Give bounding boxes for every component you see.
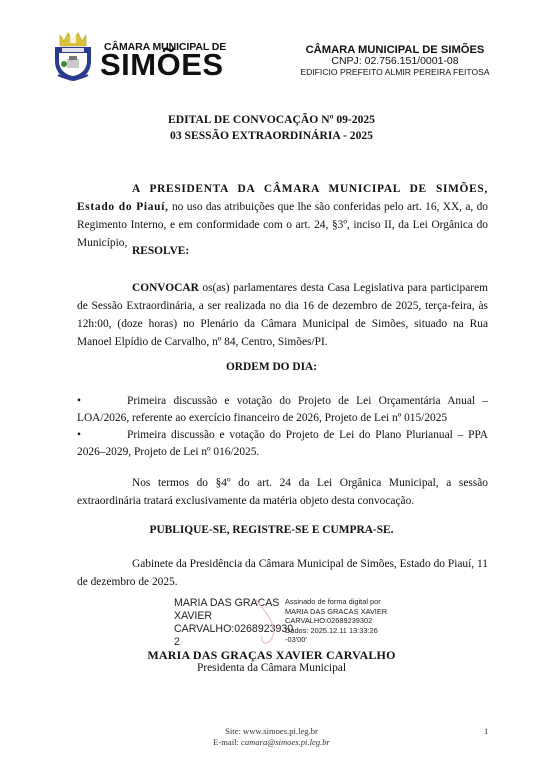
terms-paragraph: Nos termos do §4º do art. 24 da Lei Orgâ… [77,474,488,510]
agenda-list: •Primeira discussão e votação do Projeto… [77,393,488,461]
signature-detail-line: Assinado de forma digital por [285,597,387,607]
agenda-item-text: Primeira discussão e votação do Projeto … [77,429,488,458]
signer-name: MARIA DAS GRAÇAS XAVIER CARVALHO [0,648,543,663]
signature-details: Assinado de forma digital por MARIA DAS … [285,597,387,645]
page-footer: Site: www.simoes.pi.leg.br E-mail: camar… [0,726,543,748]
site-label: Site: [225,726,243,736]
org-info: CÂMARA MUNICIPAL DE SIMÕES CNPJ: 02.756.… [295,45,495,78]
signature-detail-line: -03'00' [285,635,387,645]
signer-role: Presidenta da Câmara Municipal [0,662,543,674]
document-subtitle: 03 SESSÃO EXTRAORDINÁRIA - 2025 [0,129,543,142]
resolve-heading: RESOLVE: [132,245,189,257]
place-date-paragraph: Gabinete da Presidência da Câmara Munici… [77,555,488,591]
crest-logo-icon [50,31,96,83]
logo-wordmark: SIMÕES [100,49,224,81]
page-number: 1 [484,726,488,736]
convocar-lead: CONVOCAR [132,282,199,294]
bullet-icon: • [77,393,81,410]
bullet-icon: • [77,427,81,444]
email-label: E-mail: [213,737,241,747]
agenda-item: •Primeira discussão e votação do Projeto… [77,427,488,461]
org-cnpj: CNPJ: 02.756.151/0001-08 [295,56,495,67]
footer-email: E-mail: camara@simoes.pi.leg.br [0,737,543,748]
email-link[interactable]: camara@simoes.pi.leg.br [241,737,330,747]
document-title: EDITAL DE CONVOCAÇÃO Nº 09-2025 [0,113,543,126]
intro-paragraph: A PRESIDENTA DA CÂMARA MUNICIPAL DE SIMÕ… [77,180,488,252]
agenda-heading: ORDEM DO DIA: [0,361,543,373]
site-link[interactable]: www.simoes.pi.leg.br [243,726,318,736]
footer-site: Site: www.simoes.pi.leg.br [0,726,543,737]
signature-detail-line: CARVALHO:02689239302 [285,616,387,626]
signature-stroke-icon [252,598,282,650]
agenda-item-text: Primeira discussão e votação do Projeto … [77,395,488,424]
agenda-item: •Primeira discussão e votação do Projeto… [77,393,488,427]
convocation-paragraph: CONVOCAR os(as) parlamentares desta Casa… [77,279,488,351]
publish-statement: PUBLIQUE-SE, REGISTRE-SE E CUMPRA-SE. [0,524,543,536]
signature-detail-line: Dados: 2025.12.11 13:33:26 [285,626,387,636]
org-building: EDIFICIO PREFEITO ALMIR PEREIRA FEITOSA [295,67,495,78]
signature-detail-line: MARIA DAS GRACAS XAVIER [285,607,387,617]
